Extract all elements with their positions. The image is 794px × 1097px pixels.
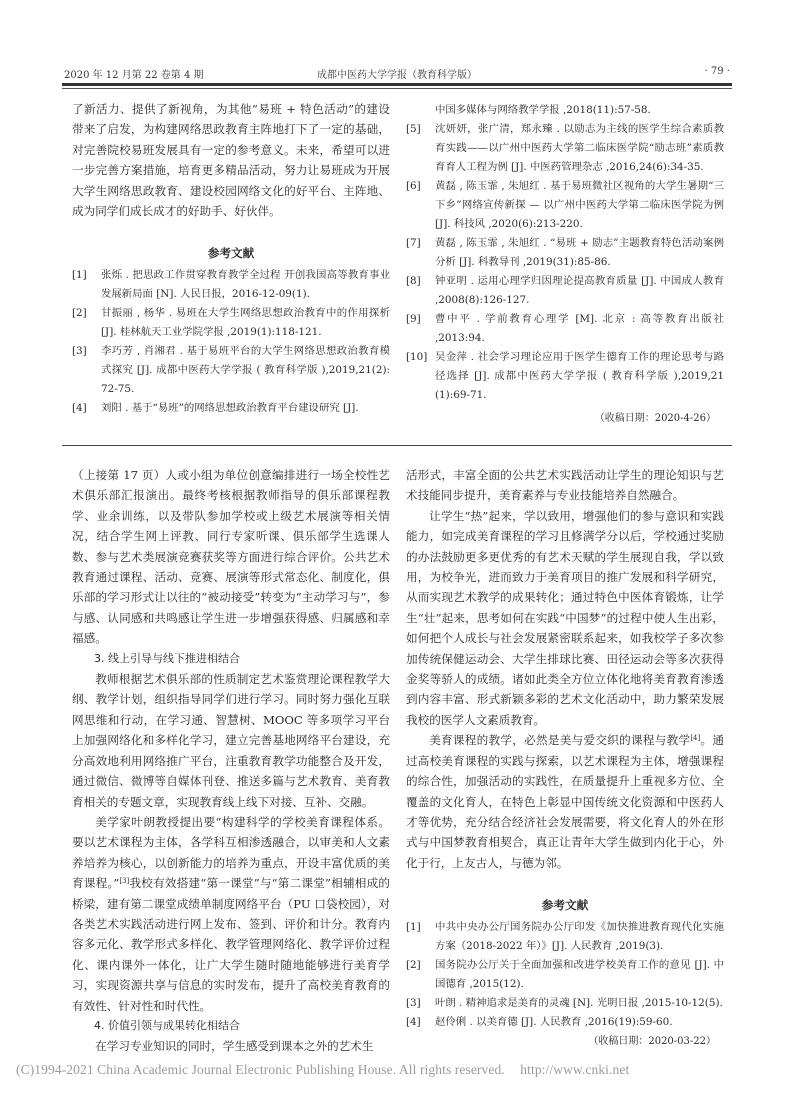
received-date: （收稿日期：2020-03-22） xyxy=(406,1032,724,1052)
lower-right-column: 活形式，丰富全面的公共艺术实践活动让学生的理论知识与艺术技能同步提升，美育素养与… xyxy=(406,465,724,1052)
reference-item: [8] 钟亚明 . 运用心理学归因理论提高教育质量 [J]. 中国成人教育 ,2… xyxy=(406,272,724,310)
reference-item: [4] 赵伶俐 . 以美育德 [J]. 人民教育 ,2016(19):59-60… xyxy=(406,1013,724,1032)
body-paragraph: 美育课程的教学，必然是美与爱交织的课程与教学[4]。通过高校美育课程的实践与探索… xyxy=(406,730,724,873)
reference-item: [1] 张烁 . 把思政工作贯穿教育教学全过程 开创我国高等教育事业发展新局面 … xyxy=(72,266,390,304)
body-paragraph: 活形式，丰富全面的公共艺术实践活动让学生的理论知识与艺术技能同步提升，美育素养与… xyxy=(406,465,724,506)
body-paragraph: 让学生“热”起来，学以致用，增强他们的参与意识和实践能力，如完成美育课程的学习且… xyxy=(406,506,724,730)
reference-item: [1] 中共中央办公厅国务院办公厅印发《加快推进教育现代化实施方案（2018-2… xyxy=(406,918,724,956)
reference-item: [3] 叶朗 . 精神追求是美育的灵魂 [N]. 光明日报 ,2015-10-1… xyxy=(406,994,724,1013)
reference-item: [6] 黄磊 , 陈玉霏 , 朱旭红 . 基于易班微社区视角的大学生暑期“三下乡… xyxy=(406,177,724,234)
citation-marker: [3] xyxy=(119,877,129,885)
body-paragraph: 在学习专业知识的同时，学生感受到课本之外的艺术生 xyxy=(72,1036,390,1056)
copyright-footer: (C)1994-2021 China Academic Journal Elec… xyxy=(16,1062,629,1078)
lower-left-column: （上接第 17 页）人或小组为单位创意编排进行一场全校性艺术俱乐部汇报演出。最终… xyxy=(72,465,390,1057)
reference-continued: 中国多媒体与网络教学学报 ,2018(11):57-58. xyxy=(406,101,724,120)
footer-url[interactable]: http://www.cnki.net xyxy=(520,1062,629,1077)
running-header: 2020 年 12 月第 22 卷第 4 期 成都中医药大学学报（教育科学版） … xyxy=(62,64,732,82)
section-heading-4: 4. 价值引领与成果转化相结合 xyxy=(72,1016,390,1036)
body-paragraph: 美学家叶朗教授提出要“构建科学的学校美育课程体系。要以艺术课程为主体，各学科互相… xyxy=(72,812,390,1016)
reference-item: [5] 沈妍妍，张广清，郑永臻 . 以励志为主线的医学生综合素质教育实践——以广… xyxy=(406,120,724,177)
reference-item: [3] 李巧芳 , 肖湘君 . 基于易班平台的大学生网络思想政治教育模式探究 [… xyxy=(72,342,390,399)
citation-marker: [4] xyxy=(690,734,700,742)
upper-right-column: 中国多媒体与网络教学学报 ,2018(11):57-58. [5] 沈妍妍，张广… xyxy=(406,101,724,429)
references-heading: 参考文献 xyxy=(72,243,390,263)
section-heading-3: 3. 线上引导与线下推进相结合 xyxy=(72,649,390,669)
copyright-text: (C)1994-2021 China Academic Journal Elec… xyxy=(16,1062,505,1077)
upper-left-column: 了新活力、提供了新视角，为其他“易班 + 特色活动”的建设带来了启发，为构建网络… xyxy=(72,99,390,418)
reference-item: [2] 国务院办公厅关于全面加强和改进学校美育工作的意见 [J]. 中国德育 ,… xyxy=(406,956,724,994)
header-rule-thick xyxy=(62,83,732,86)
reference-item: [9] 曹中平 . 学前教育心理学 [M]. 北京 : 高等教育出版社 ,201… xyxy=(406,310,724,348)
reference-item: [7] 黄磊 , 陈玉霏 , 朱旭红 . “易班 + 励志”主题教育特色活动案例… xyxy=(406,234,724,272)
reference-item: [2] 甘振丽 , 杨华 . 易班在大学生网络思想政治教育中的作用探析 [J].… xyxy=(72,304,390,342)
body-paragraph: （上接第 17 页）人或小组为单位创意编排进行一场全校性艺术俱乐部汇报演出。最终… xyxy=(72,465,390,649)
body-paragraph: 了新活力、提供了新视角，为其他“易班 + 特色活动”的建设带来了启发，为构建网络… xyxy=(72,99,390,221)
page-number: · 79 · xyxy=(705,66,730,77)
reference-item: [10] 吴金萍 . 社会学习理论应用于医学生德育工作的理论思考与路径选择 [J… xyxy=(406,348,724,405)
received-date: （收稿日期：2020-4-26） xyxy=(406,409,724,429)
references-heading: 参考文献 xyxy=(406,895,724,915)
article-separator xyxy=(62,445,732,446)
reference-item: [4] 刘阳 . 基于“易班”的网络思想政治教育平台建设研究 [J]. xyxy=(72,399,390,418)
header-rule-thin xyxy=(62,88,732,89)
body-paragraph: 教师根据艺术俱乐部的性质制定艺术鉴赏理论课程教学大纲、教学计划，组织指导同学们进… xyxy=(72,669,390,812)
journal-title: 成都中医药大学学报（教育科学版） xyxy=(62,66,732,81)
